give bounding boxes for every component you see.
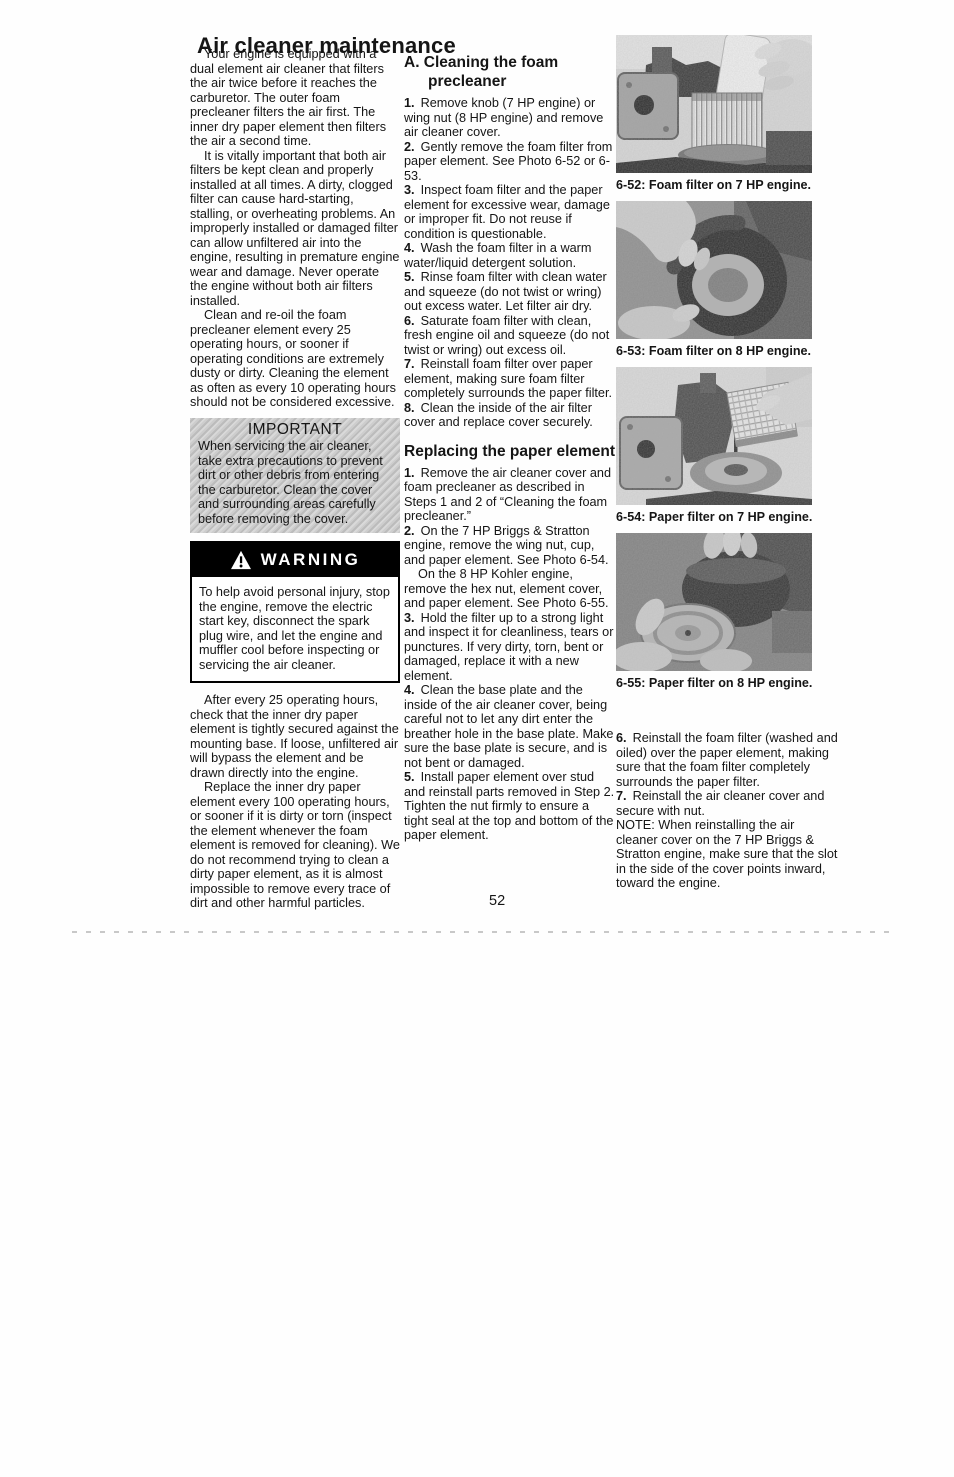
photo-6-52 bbox=[616, 35, 812, 173]
step-number: 3. bbox=[404, 183, 421, 197]
step-text: On the 8 HP Kohler engine, remove the he… bbox=[404, 567, 609, 610]
paragraph: It is vitally important that both air fi… bbox=[190, 149, 400, 309]
step-number: 7. bbox=[404, 357, 421, 371]
important-box: IMPORTANT When servicing the air cleaner… bbox=[190, 418, 400, 534]
paragraph: Replace the inner dry paper element ever… bbox=[190, 780, 400, 911]
left-column: Your engine is equipped with a dual elem… bbox=[190, 47, 400, 911]
step-text: Remove knob (7 HP engine) or wing nut (8… bbox=[404, 96, 603, 139]
step-text: Wash the foam filter in a warm water/liq… bbox=[404, 241, 591, 270]
step-text: Inspect foam filter and the paper elemen… bbox=[404, 183, 610, 241]
step-number: 5. bbox=[404, 270, 421, 284]
photo-caption: 6-54: Paper filter on 7 HP engine. bbox=[616, 510, 838, 525]
paragraph: Clean and re-oil the foam precleaner ele… bbox=[190, 308, 400, 410]
step-number: 6. bbox=[616, 731, 633, 745]
warning-box: WARNING To help avoid personal injury, s… bbox=[190, 541, 400, 683]
step-number: 5. bbox=[404, 770, 421, 784]
step-item: 1.Remove the air cleaner cover and foam … bbox=[404, 466, 616, 524]
step-number: 1. bbox=[404, 96, 421, 110]
step-number: 4. bbox=[404, 241, 421, 255]
step-text: Clean the inside of the air filter cover… bbox=[404, 401, 593, 430]
step-item: 7.Reinstall the air cleaner cover and se… bbox=[616, 789, 838, 818]
step-text: On the 7 HP Briggs & Stratton engine, re… bbox=[404, 524, 609, 567]
step-number: 3. bbox=[404, 611, 421, 625]
step-item: 1.Remove knob (7 HP engine) or wing nut … bbox=[404, 96, 616, 140]
right-column-text: 6.Reinstall the foam filter (washed and … bbox=[616, 731, 838, 891]
step-item: 6.Reinstall the foam filter (washed and … bbox=[616, 731, 838, 789]
step-text: Saturate foam filter with clean, fresh e… bbox=[404, 314, 609, 357]
important-body: When servicing the air cleaner, take ext… bbox=[198, 439, 392, 526]
note-paragraph: NOTE: When reinstalling the air cleaner … bbox=[616, 818, 838, 891]
step-item: 8.Clean the inside of the air filter cov… bbox=[404, 401, 616, 430]
step-item: 2.Gently remove the foam filter from pap… bbox=[404, 140, 616, 184]
step-text: Reinstall foam filter over paper element… bbox=[404, 357, 612, 400]
step-number: 2. bbox=[404, 524, 421, 538]
warning-triangle-icon bbox=[230, 550, 252, 570]
note-text: NOTE: When reinstalling the air cleaner … bbox=[616, 818, 837, 890]
step-text: Reinstall the air cleaner cover and secu… bbox=[616, 789, 824, 818]
right-column: 6-52: Foam filter on 7 HP engine. 6-53: … bbox=[616, 35, 838, 891]
photo-6-53-image bbox=[616, 201, 812, 339]
warning-header: WARNING bbox=[192, 543, 398, 577]
paragraph: After every 25 operating hours, check th… bbox=[190, 693, 400, 780]
step-number: 2. bbox=[404, 140, 421, 154]
manual-page: Air cleaner maintenance Your engine is e… bbox=[0, 0, 954, 1477]
step-text: Clean the base plate and the inside of t… bbox=[404, 683, 613, 770]
step-item: 6.Saturate foam filter with clean, fresh… bbox=[404, 314, 616, 358]
step-number: 7. bbox=[616, 789, 633, 803]
step-item: 4.Clean the base plate and the inside of… bbox=[404, 683, 616, 770]
step-text: Gently remove the foam filter from paper… bbox=[404, 140, 612, 183]
step-item: 5.Rinse foam filter with clean water and… bbox=[404, 270, 616, 314]
step-text: Install paper element over stud and rein… bbox=[404, 770, 614, 842]
step-number: 6. bbox=[404, 314, 421, 328]
step-item: 3.Hold the filter up to a strong light a… bbox=[404, 611, 616, 684]
photo-6-54 bbox=[616, 367, 812, 505]
step-item: 4.Wash the foam filter in a warm water/l… bbox=[404, 241, 616, 270]
page-number: 52 bbox=[489, 893, 505, 909]
step-text: Remove the air cleaner cover and foam pr… bbox=[404, 466, 611, 524]
warning-title: WARNING bbox=[261, 553, 361, 568]
photo-6-55-image bbox=[616, 533, 812, 671]
photo-6-52-image bbox=[616, 35, 812, 173]
paragraph: Your engine is equipped with a dual elem… bbox=[190, 47, 400, 149]
step-number: 1. bbox=[404, 466, 421, 480]
step-item: 3.Inspect foam filter and the paper elem… bbox=[404, 183, 616, 241]
photo-caption: 6-53: Foam filter on 8 HP engine. bbox=[616, 344, 838, 359]
middle-column: A. Cleaning the foam precleaner 1.Remove… bbox=[404, 53, 616, 843]
step-text: Hold the filter up to a strong light and… bbox=[404, 611, 613, 683]
step-continuation: On the 8 HP Kohler engine, remove the he… bbox=[404, 567, 616, 611]
step-item: 7.Reinstall foam filter over paper eleme… bbox=[404, 357, 616, 401]
warning-body: To help avoid personal injury, stop the … bbox=[192, 577, 398, 681]
photo-caption: 6-52: Foam filter on 7 HP engine. bbox=[616, 178, 838, 193]
step-number: 8. bbox=[404, 401, 421, 415]
photo-caption: 6-55: Paper filter on 8 HP engine. bbox=[616, 676, 838, 691]
important-title: IMPORTANT bbox=[198, 423, 392, 438]
photo-6-55 bbox=[616, 533, 812, 671]
photo-6-54-image bbox=[616, 367, 812, 505]
step-number: 4. bbox=[404, 683, 421, 697]
section-heading-cleaning-foam-precleaner: A. Cleaning the foam precleaner bbox=[404, 53, 616, 91]
section-heading-replacing-paper-element: Replacing the paper element bbox=[404, 442, 616, 461]
photo-6-53 bbox=[616, 201, 812, 339]
scan-artifact-line bbox=[72, 931, 890, 933]
step-item: 2.On the 7 HP Briggs & Stratton engine, … bbox=[404, 524, 616, 568]
step-text: Reinstall the foam filter (washed and oi… bbox=[616, 731, 838, 789]
step-item: 5.Install paper element over stud and re… bbox=[404, 770, 616, 843]
step-text: Rinse foam filter with clean water and s… bbox=[404, 270, 607, 313]
